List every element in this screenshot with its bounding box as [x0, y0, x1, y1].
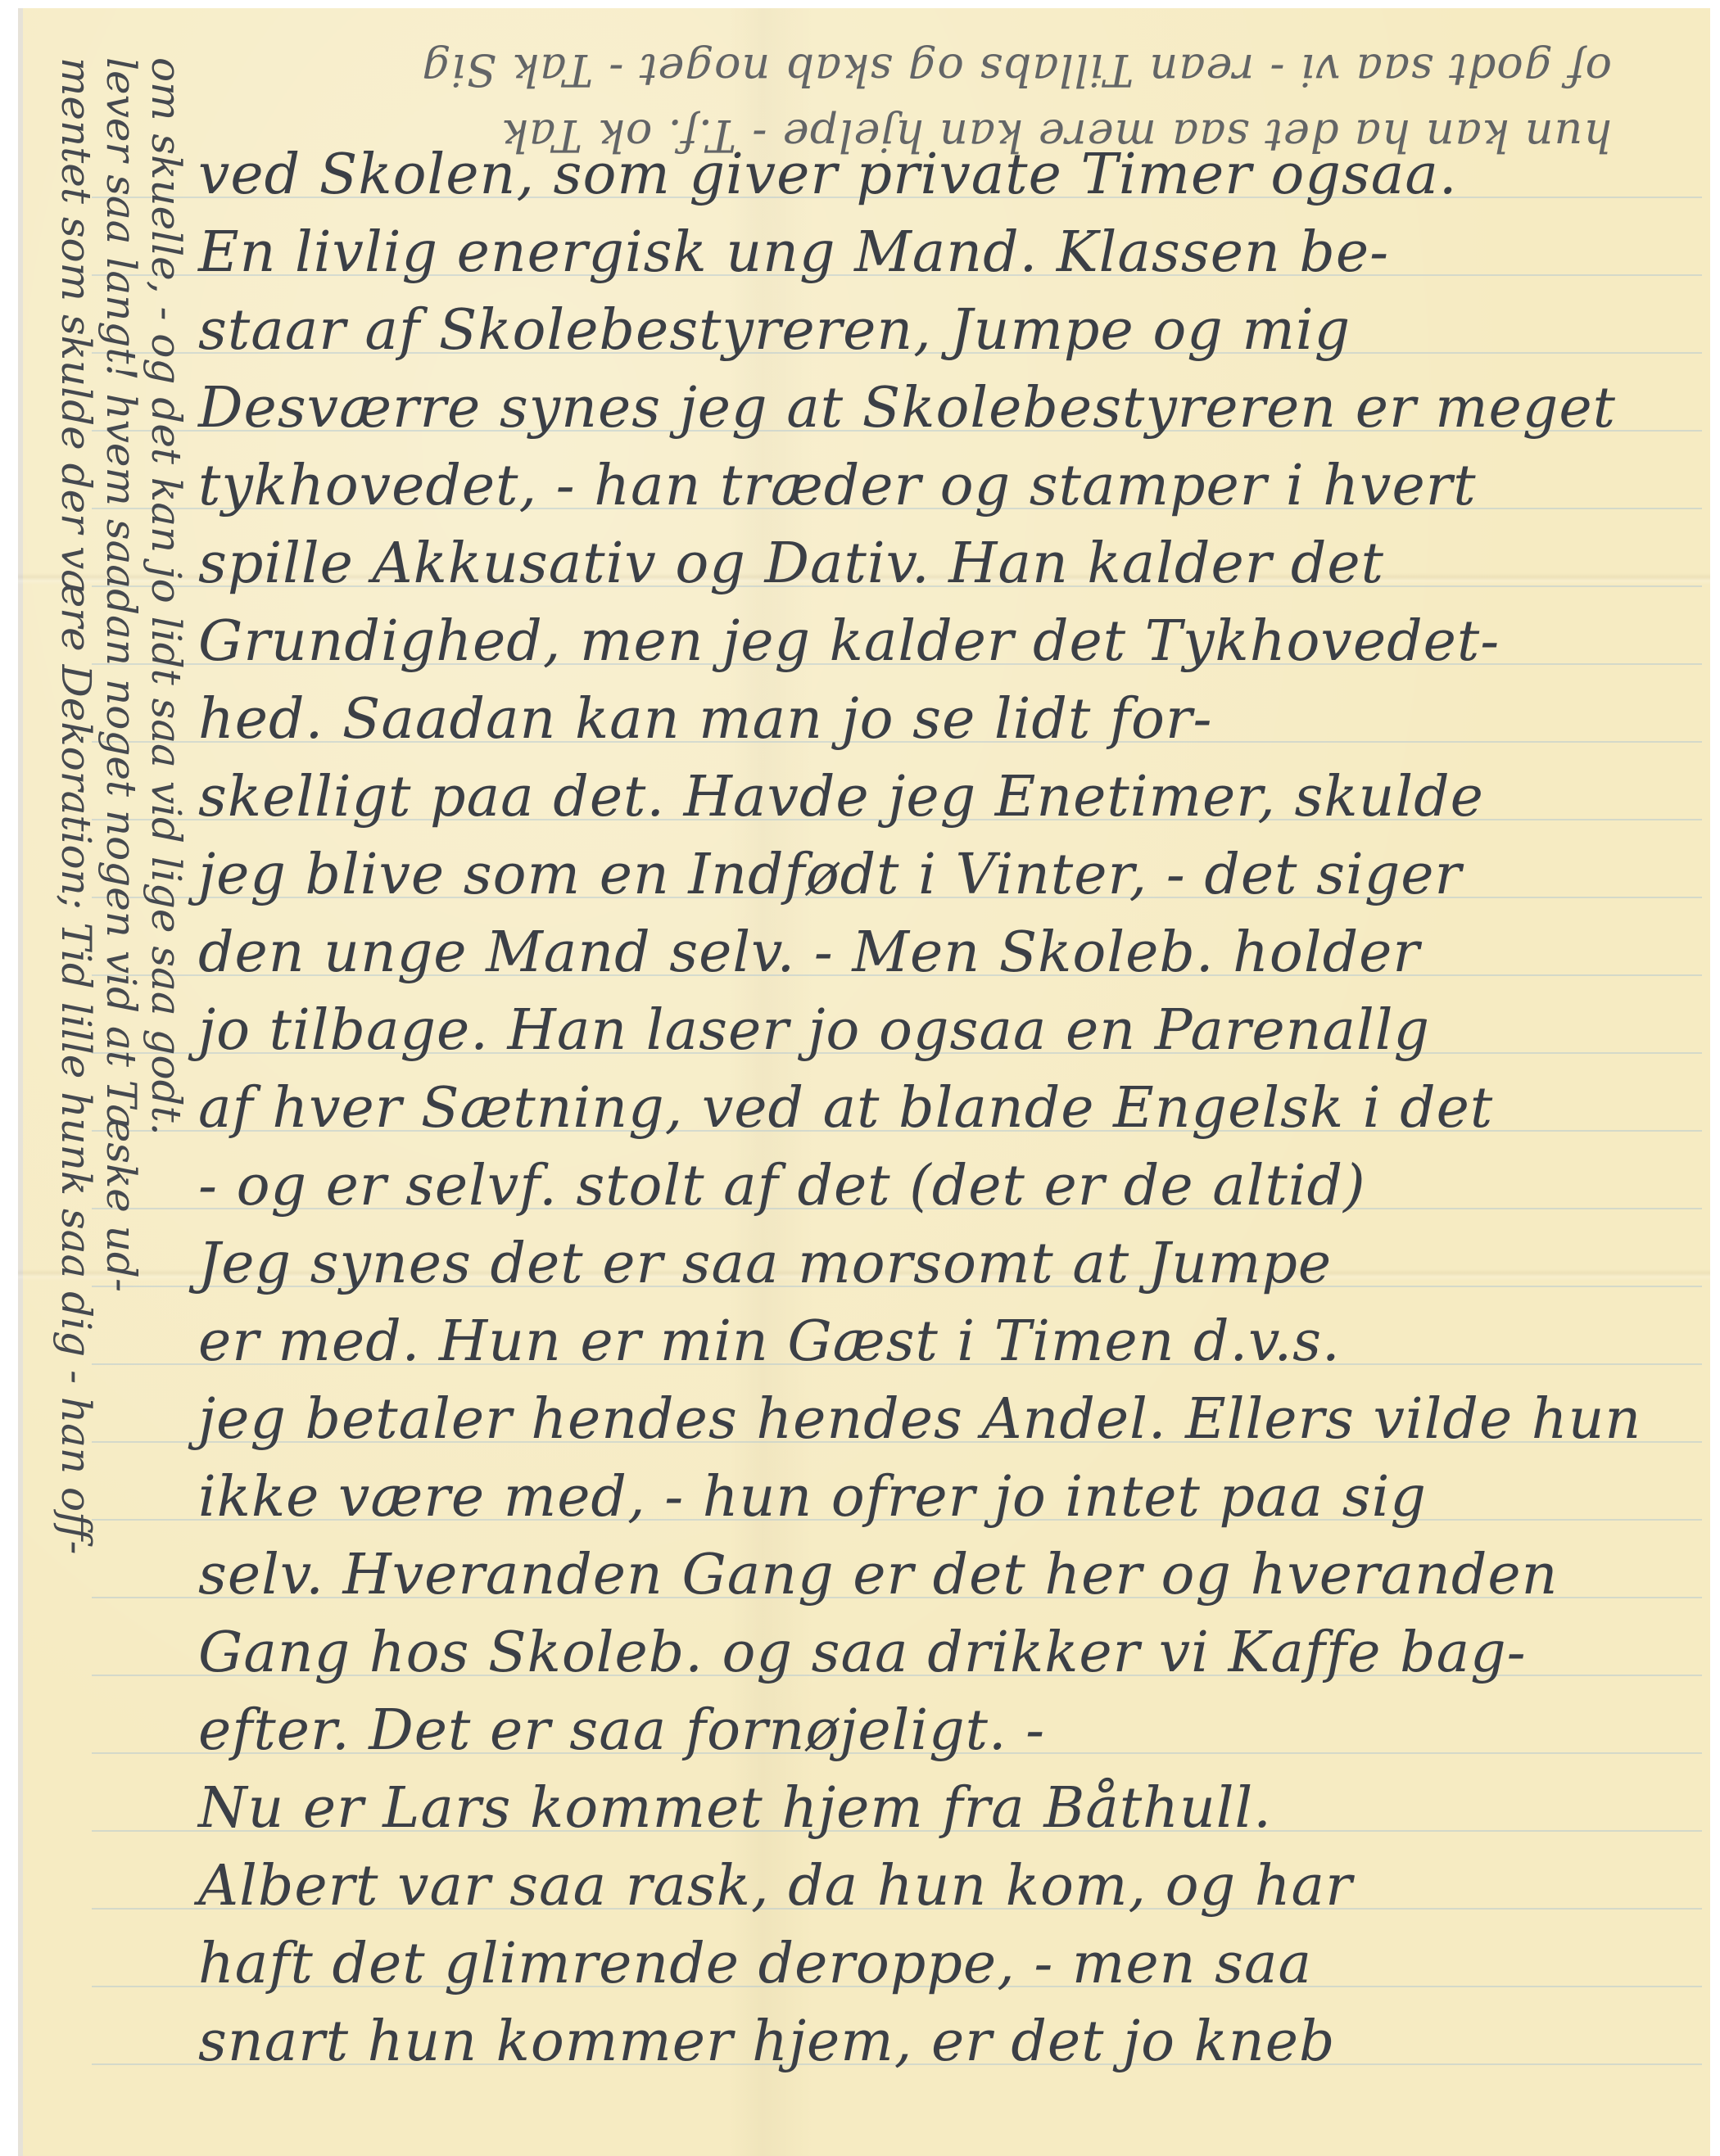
letter-line: selv. Hveranden Gang er det her og hvera… — [198, 1548, 1669, 1603]
letter-line: Jeg synes det er saa morsomt at Jumpe — [198, 1236, 1669, 1292]
letter-line: Grundighed, men jeg kalder det Tykhovede… — [198, 614, 1669, 670]
letter-line: spille Akkusativ og Dativ. Han kalder de… — [198, 536, 1669, 592]
letter-line: af hver Sætning, ved at blande Engelsk i… — [198, 1081, 1669, 1137]
letter-line: Desværre synes jeg at Skolebestyreren er… — [198, 381, 1669, 436]
margin-note-column: lever saa langt! hvem saadan noget nogen… — [96, 57, 145, 2154]
letter-line: jeg betaler hendes hendes Andel. Ellers … — [198, 1392, 1669, 1448]
letter-line: Albert var saa rask, da hun kom, og har — [198, 1859, 1669, 1914]
letter-line: haft det glimrende deroppe, - men saa — [198, 1937, 1669, 1992]
letter-line: jeg blive som en Indfødt i Vinter, - det… — [198, 847, 1669, 903]
letter-line: staar af Skolebestyreren, Jumpe og mig — [198, 303, 1669, 359]
letter-line: er med. Hun er min Gæst i Timen d.v.s. — [198, 1314, 1669, 1370]
upside-down-postscript-line: of godt saa vi - rean Tillabs og skab no… — [223, 47, 1612, 92]
letter-line: ved Skolen, som giver private Timer ogsa… — [198, 147, 1669, 203]
letter-line: hed. Saadan kan man jo se lidt for- — [198, 692, 1669, 748]
letter-line: En livlig energisk ung Mand. Klassen be- — [198, 225, 1669, 281]
letter-line: skelligt paa det. Havde jeg Enetimer, sk… — [198, 770, 1669, 825]
letter-line: efter. Det er saa fornøjeligt. - — [198, 1703, 1669, 1759]
letter-line: Nu er Lars kommet hjem fra Båthull. — [198, 1781, 1669, 1837]
letter-line: jo tilbage. Han laser jo ogsaa en Parena… — [198, 1003, 1669, 1059]
letter-line: tykhovedet, - han træder og stamper i hv… — [198, 459, 1669, 514]
margin-note-column: mentet som skulde der være Dekoration; T… — [51, 57, 100, 2154]
letter-line: snart hun kommer hjem, er det jo kneb — [198, 2014, 1669, 2070]
letter-line: ikke være med, - hun ofrer jo intet paa … — [198, 1470, 1669, 1525]
letter-line: den unge Mand selv. - Men Skoleb. holder — [198, 925, 1669, 981]
letter-line: Gang hos Skoleb. og saa drikker vi Kaffe… — [198, 1625, 1669, 1681]
margin-note-column: om skuelle, - og det kan jo lidt saa vid… — [141, 57, 190, 2154]
letter-page: of godt saa vi - rean Tillabs og skab no… — [18, 8, 1710, 2156]
letter-line: - og er selvf. stolt af det (det er de a… — [198, 1159, 1669, 1214]
